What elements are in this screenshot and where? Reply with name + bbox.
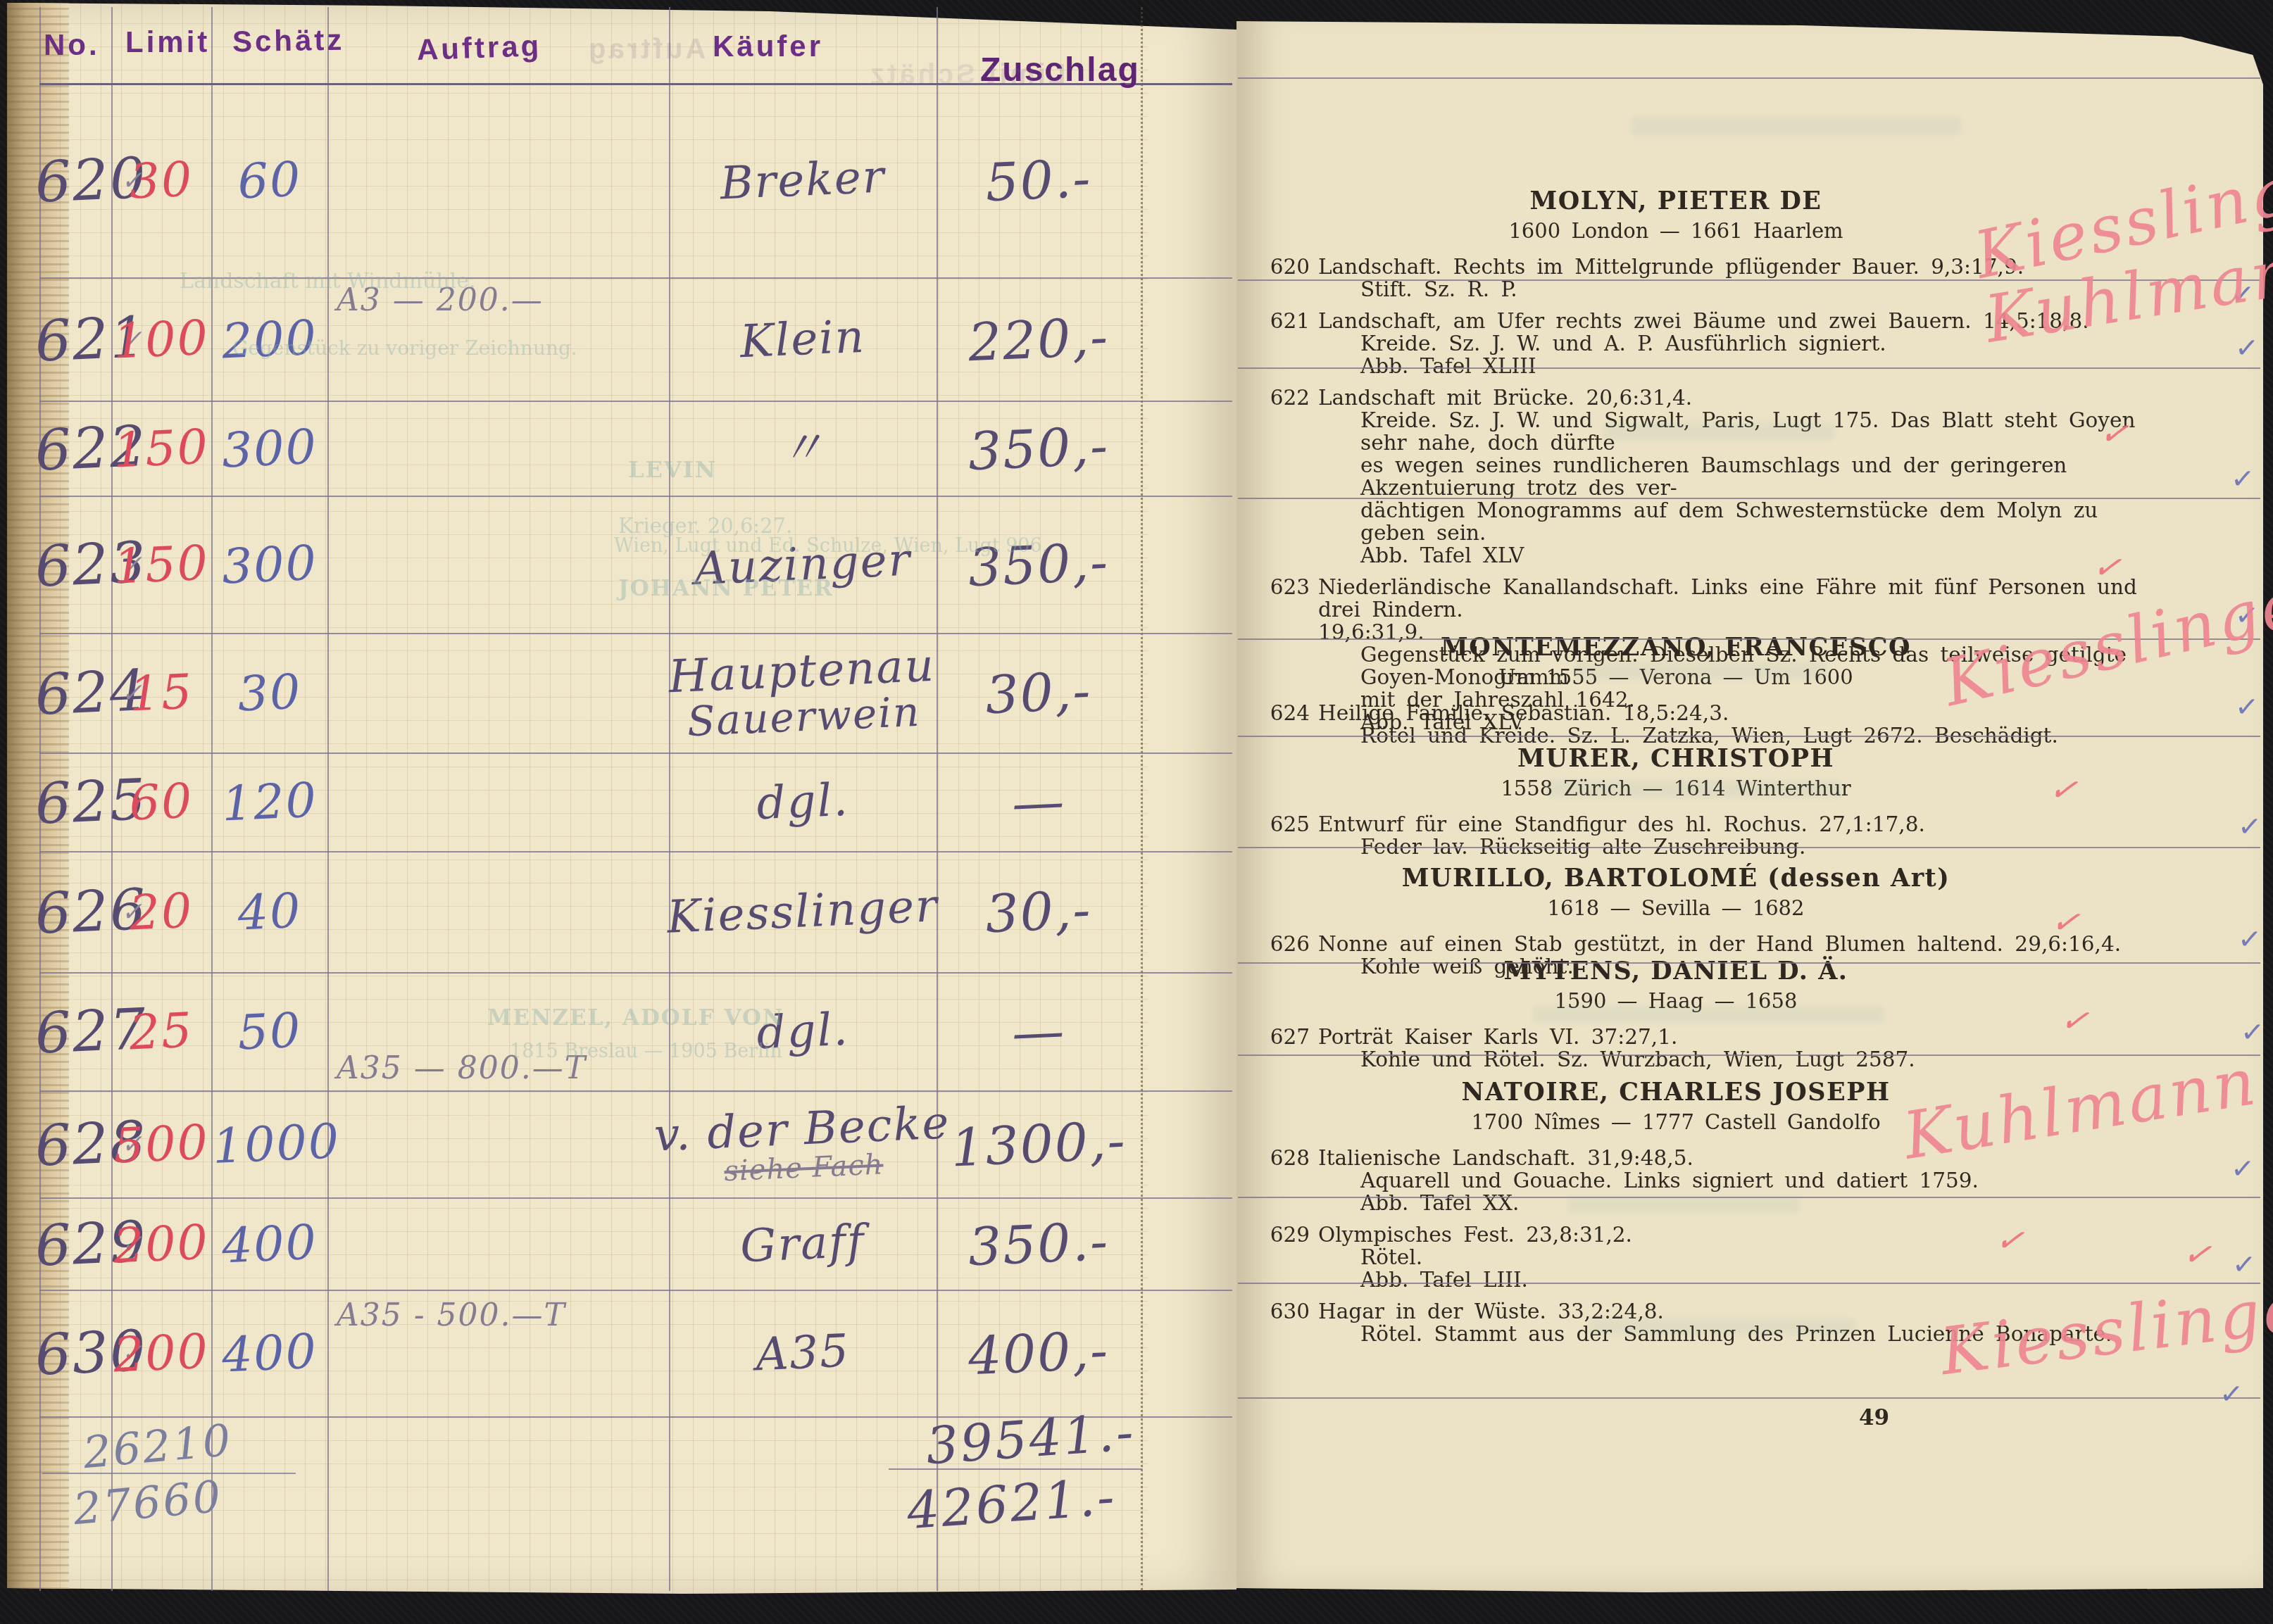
hammer-price: 220,- — [937, 305, 1140, 374]
col-header-schaetz: Schätz — [232, 23, 345, 59]
lot-number: 624 — [34, 659, 114, 728]
lot-number: 629 — [34, 1210, 114, 1279]
buyer-name: Breker — [670, 151, 937, 210]
hammer-price: 50.- — [937, 146, 1140, 215]
entry-title: Landschaft mit Brücke. 20,6:31,4. — [1318, 386, 2172, 409]
bleed-smudge — [1603, 422, 1835, 441]
entry-title: Italienische Landschaft. 31,9:48,5. — [1318, 1147, 2172, 1169]
limit-value: 500 — [110, 1114, 212, 1174]
entry-separator — [1238, 847, 2260, 848]
col-header-auftrag: Auftrag — [416, 29, 542, 67]
estimate-value: 400 — [211, 1323, 327, 1384]
col-header-no: No. — [44, 28, 100, 62]
entry-number: 624 — [1267, 702, 1310, 724]
entry-number: 625 — [1267, 813, 1310, 836]
buyer-name-text: Kiesslinger — [666, 883, 939, 942]
limit-value: 60 — [110, 772, 212, 832]
estimate-value: 120 — [211, 772, 327, 833]
entry-line: Rötel. — [1360, 1246, 2165, 1269]
hammer-price: 30,- — [937, 659, 1140, 728]
entry-line: Abb. Tafel XLIII — [1360, 355, 2165, 377]
ledger-row: 628✓5001000A35 — 800.—Tv. der Beckesiehe… — [0, 1091, 1229, 1198]
estimate-total-2: 27660 — [71, 1471, 225, 1535]
ledger-content: No. Limit Schätz Auftrag Käufer Zuschlag… — [0, 0, 1236, 1595]
entry-number: 621 — [1267, 310, 1310, 332]
entry-separator — [1238, 367, 2260, 369]
entry-title: Porträt Kaiser Karls VI. 37:27,1. — [1318, 1026, 2172, 1048]
buyer-name-subtext: Sauerwein — [686, 691, 921, 743]
estimate-value: 300 — [211, 535, 327, 596]
ledger-row: 620✓3060Breker50.- — [0, 83, 1229, 278]
entry-separator — [1238, 962, 2260, 964]
estimate-value: 30 — [211, 663, 327, 724]
catalog-entry: 629Olympisches Fest. 23,8:31,2.Rötel.Abb… — [1236, 1223, 2263, 1291]
entry-line: dächtigen Monogramms auf dem Schwesterns… — [1360, 499, 2165, 544]
entry-separator — [1238, 279, 2260, 281]
catalog-entry: 625Entwurf für eine Standfigur des hl. R… — [1236, 813, 2263, 858]
entry-title: Landschaft. Rechts im Mittelgrunde pflüg… — [1318, 256, 2172, 278]
auftrag-note: A35 - 500.—T — [337, 1297, 639, 1333]
entry-number: 623 — [1267, 576, 1310, 598]
limit-value: 30 — [110, 151, 212, 210]
entry-title: Niederländische Kanallandschaft. Links e… — [1318, 576, 2172, 621]
ghost-print-line: JOHANN PETER — [618, 576, 834, 601]
hammer-price: 350.- — [937, 1209, 1140, 1278]
entry-number: 626 — [1267, 933, 1310, 955]
ghost-stamp-auftrag: Auftrag — [586, 34, 706, 65]
entry-number: 628 — [1267, 1147, 1310, 1169]
entry-number: 629 — [1267, 1223, 1310, 1246]
bleed-smudge — [1631, 116, 1962, 136]
limit-value: 200 — [110, 1214, 212, 1274]
lot-number: 622 — [34, 415, 114, 484]
catalog-page: MOLYN, PIETER DE1600 London — 1661 Haarl… — [1236, 0, 2263, 1595]
buyer-name-text: Klein — [739, 313, 867, 366]
lot-number: 621 — [34, 306, 114, 374]
lot-number: 626 — [34, 878, 114, 947]
limit-value: 100 — [110, 310, 212, 370]
hammer-price: 350,- — [937, 414, 1140, 483]
limit-value: 20 — [110, 882, 212, 942]
entry-number: 622 — [1267, 386, 1310, 409]
artist-header: NATOIRE, CHARLES JOSEPH — [1236, 1078, 2263, 1107]
auction-ledger-scan: No. Limit Schätz Auftrag Käufer Zuschlag… — [0, 0, 2273, 1624]
estimate-value: 1000 — [211, 1114, 327, 1175]
entry-title: Heilige Familie. Sebastian. 18,5:24,3. — [1318, 702, 2172, 724]
entry-line: Kohle und Rötel. Sz. Wurzbach, Wien, Lug… — [1360, 1048, 2165, 1071]
estimate-value: 40 — [211, 882, 327, 943]
buyer-name-text: 〃 — [779, 424, 827, 473]
artist-header: MYTENS, DANIEL D. Ä. — [1236, 957, 2263, 986]
catalog-section: MONTEMEZZANO, FRANCESCOUm 1555 — Verona … — [1236, 634, 2263, 747]
ghost-print-line: Gegenstück zu voriger Zeichnung. — [232, 336, 577, 360]
hammer-price: 30,- — [937, 878, 1140, 947]
catalog-section: MURER, CHRISTOPH1558 Zürich — 1614 Winte… — [1236, 745, 2263, 858]
buyer-name-text: dgl. — [756, 777, 850, 829]
buyer-name: HauptenauSauerwein — [668, 643, 937, 744]
entry-separator — [1238, 498, 2260, 499]
lot-number: 623 — [34, 531, 114, 600]
limit-value: 150 — [110, 419, 212, 479]
catalog-entry: 627Porträt Kaiser Karls VI. 37:27,1.Kohl… — [1236, 1026, 2263, 1071]
lot-number: 627 — [34, 997, 114, 1066]
col-header-limit: Limit — [125, 25, 210, 59]
estimate-value: 400 — [211, 1214, 327, 1275]
buyer-name-text: Breker — [719, 153, 886, 208]
buyer-name-text: Graff — [739, 1218, 866, 1271]
entry-line: Stift. Sz. R. P. — [1360, 278, 2165, 301]
limit-value: 150 — [110, 535, 212, 595]
artist-header: MOLYN, PIETER DE — [1236, 187, 2263, 215]
lot-number: 628 — [34, 1110, 114, 1179]
entry-line: es wegen seines rundlicheren Baumschlags… — [1360, 454, 2165, 499]
ledger-row: 626✓2040Kiesslinger30,- — [0, 852, 1229, 973]
estimate-value: 60 — [211, 151, 327, 211]
total-rule — [42, 1473, 296, 1474]
ledger-row: 629✓200400Graff350.- — [0, 1198, 1229, 1290]
buyer-name-text: v. der Becke — [653, 1100, 951, 1159]
entry-number: 627 — [1267, 1026, 1310, 1048]
artist-header: MURILLO, BARTOLOMÉ (dessen Art) — [1236, 864, 2263, 893]
limit-value: 25 — [110, 1002, 212, 1062]
entry-number: 620 — [1267, 256, 1310, 278]
artist-dates: 1600 London — 1661 Haarlem — [1236, 215, 2263, 246]
ledger-row: 624✓1530HauptenauSauerwein30,- — [0, 634, 1229, 753]
lot-number: 625 — [34, 768, 114, 837]
ledger-row: 62560120dgl.— — [0, 753, 1229, 852]
estimate-value: 50 — [211, 1002, 327, 1062]
page-number: 49 — [1859, 1405, 1889, 1430]
ledger-row: 623✓150300Auzinger350,- — [0, 496, 1229, 634]
catalog-entry: 622Landschaft mit Brücke. 20,6:31,4.Krei… — [1236, 386, 2263, 567]
lot-number: 630 — [34, 1319, 114, 1388]
ghost-print-line: MENZEL, ADOLF VON — [487, 1005, 784, 1031]
entry-number: 630 — [1267, 1300, 1310, 1323]
buyer-name: Kiesslinger — [670, 883, 937, 942]
hammer-price: 400,- — [937, 1319, 1140, 1388]
ghost-print-line: Landschaft mit Windmühle. — [180, 269, 475, 294]
entry-line: Aquarell und Gouache. Links signiert und… — [1360, 1169, 2165, 1192]
artist-dates: 1618 — Sevilla — 1682 — [1236, 893, 2263, 924]
artist-header: MURER, CHRISTOPH — [1236, 745, 2263, 773]
ghost-print-line: Krieger. 20,6:27. — [618, 514, 792, 538]
entry-title: Entwurf für eine Standfigur des hl. Roch… — [1318, 813, 2172, 836]
buyer-name-subtext: siehe Fach — [724, 1150, 884, 1187]
lot-number: 620 — [34, 146, 114, 215]
bottom-rule — [1238, 1397, 2260, 1399]
ledger-row: 622150300〃350,- — [0, 401, 1229, 496]
entry-line: Abb. Tafel XLV — [1360, 544, 2165, 567]
buyer-name: Klein — [670, 310, 937, 370]
entry-separator — [1238, 638, 2260, 640]
ledger-row: 621✓100200A3 — 200.—Klein220,- — [0, 278, 1229, 401]
entry-title: Nonne auf einen Stab gestützt, in der Ha… — [1318, 933, 2172, 955]
artist-dates: 1700 Nîmes — 1777 Castell Gandolfo — [1236, 1107, 2263, 1138]
artist-header: MONTEMEZZANO, FRANCESCO — [1236, 634, 2263, 662]
bleed-smudge — [1532, 1005, 1884, 1024]
bleed-smudge — [1546, 780, 1842, 798]
buyer-name: dgl. — [670, 773, 937, 832]
buyer-name-text: A35 — [755, 1328, 851, 1380]
bleed-smudge — [1567, 1197, 1800, 1214]
entry-title: Olympisches Fest. 23,8:31,2. — [1318, 1223, 2172, 1246]
entry-separator — [1238, 736, 2260, 737]
col-header-kaeufer: Käufer — [713, 30, 823, 63]
bleed-smudge — [1574, 662, 1828, 680]
entry-line: Abb. Tafel LIII. — [1360, 1269, 2165, 1291]
hammer-price: — — [937, 768, 1140, 837]
entry-title: Landschaft, am Ufer rechts zwei Bäume un… — [1318, 310, 2172, 332]
limit-value: 15 — [110, 663, 212, 723]
catalog-entry: 624Heilige Familie. Sebastian. 18,5:24,3… — [1236, 702, 2263, 747]
hammer-price: 1300,- — [937, 1110, 1140, 1179]
catalog-entry: 620Landschaft. Rechts im Mittelgrunde pf… — [1236, 256, 2263, 301]
estimate-value: 300 — [211, 419, 327, 479]
ghost-print-line: LEVIN — [628, 456, 717, 483]
buyer-name: Graff — [670, 1215, 937, 1274]
buyer-name: v. der Beckesiehe Fach — [669, 1100, 937, 1188]
top-rule — [1238, 77, 2260, 79]
ledger-row: 630✓200400A35 - 500.—TA35400,- — [0, 1290, 1229, 1417]
limit-value: 200 — [110, 1323, 212, 1383]
entry-separator — [1238, 1283, 2260, 1284]
entry-line: Kreide. Sz. J. W. und A. P. Ausführlich … — [1360, 332, 2165, 355]
hammer-price: — — [937, 997, 1140, 1066]
entry-separator — [1238, 1055, 2260, 1056]
ghost-print-line: 1815 Breslau — 1905 Berlin — [510, 1040, 782, 1062]
ghost-print-line: Wien, Lugt und Ed. Schulze, Wien, Lugt 9… — [614, 535, 1048, 557]
bleed-smudge — [1589, 1318, 1856, 1335]
buyer-name: A35 — [670, 1324, 937, 1383]
